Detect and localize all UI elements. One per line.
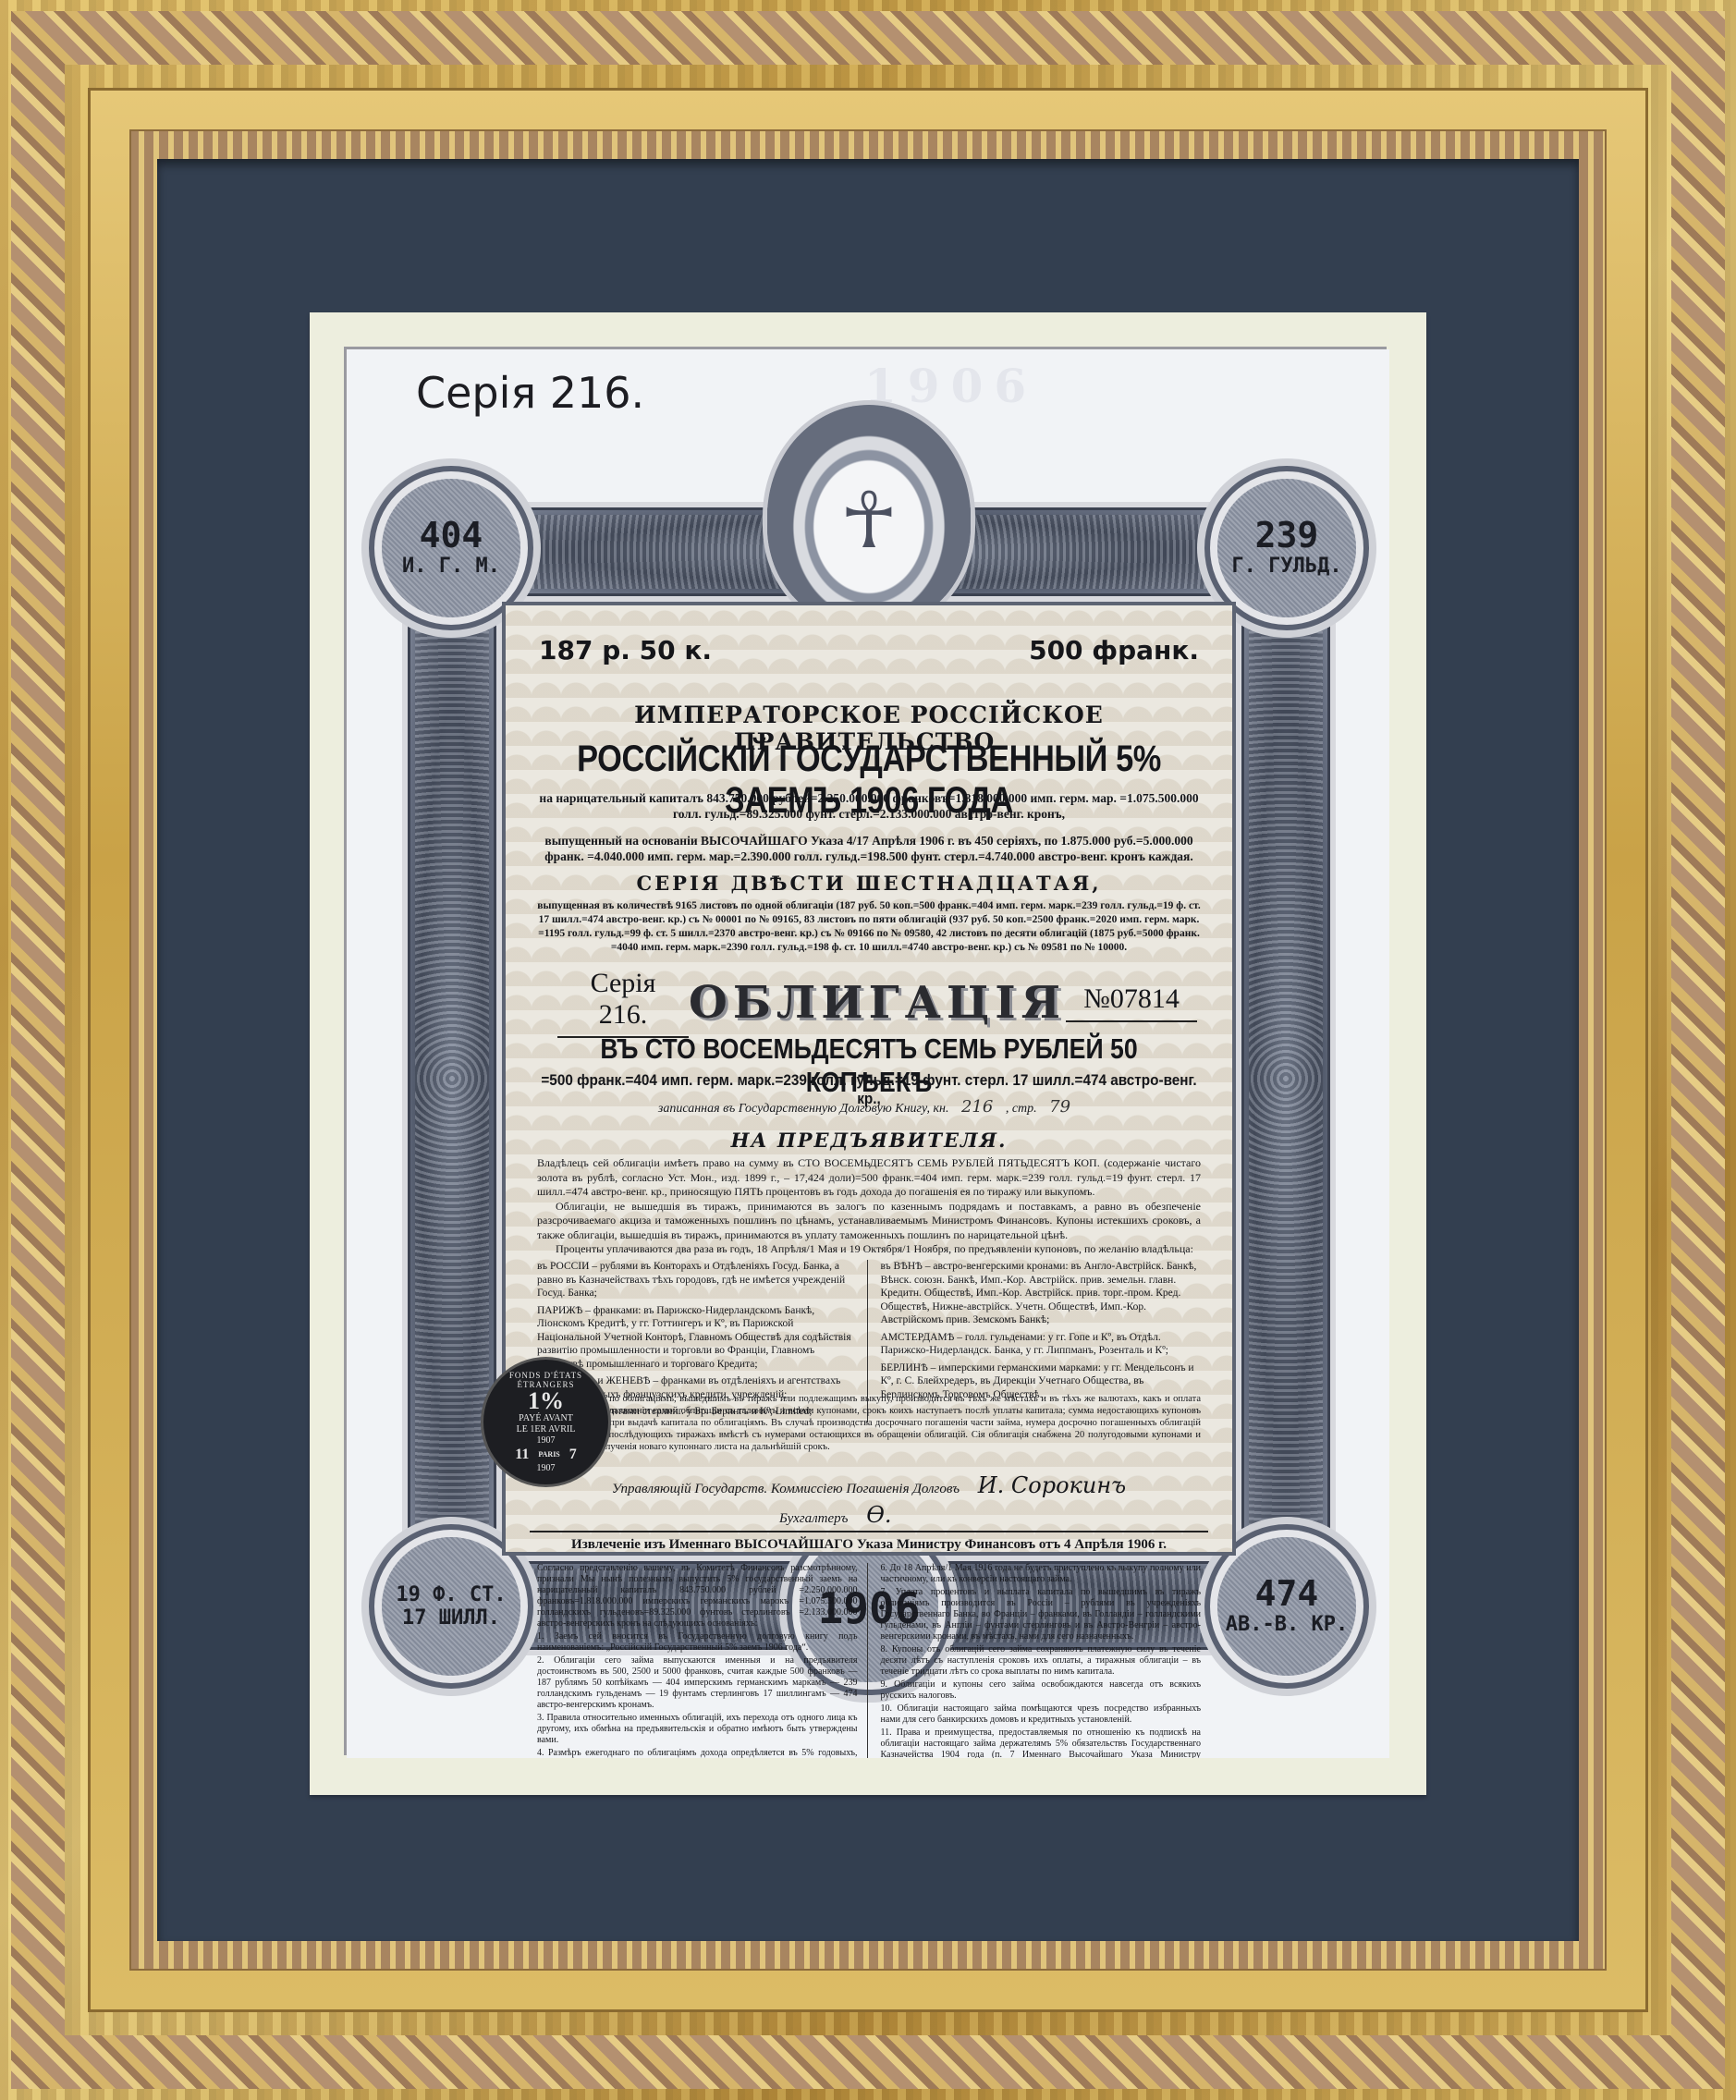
series-words: СЕРІЯ ДВѢСТИ ШЕСТНАДЦАТАЯ, — [502, 872, 1236, 895]
certificate-text-field: 187 р. 50 к. 500 франк. ИМПЕРАТОРСКОЕ РО… — [502, 602, 1236, 1556]
issued-text: выпущенный на основаніи ВЫСОЧАЙШАГО Указ… — [502, 833, 1236, 864]
medallion-marks: 404 И. Г. М. — [382, 479, 520, 617]
obligation-heading: ОБЛИГАЦІЯ — [689, 977, 1066, 1029]
accountant-line: Бухгалтеръ Ѳ. — [779, 1502, 892, 1528]
series-label: Серія 216. — [557, 968, 689, 1038]
medallion-guilders: 239 Г. ГУЛЬД. — [1217, 479, 1356, 617]
denomination-rubles: 187 р. 50 к. — [539, 635, 712, 665]
signatory-line: Управляющій Государств. Коммиссіею Погаш… — [502, 1472, 1236, 1498]
decree-right-column: 6. До 18 Апрѣля/1 Мая 1916 года не будет… — [881, 1563, 1202, 1758]
bond-number: №07814 — [1066, 983, 1197, 1022]
divider — [530, 1531, 1208, 1532]
ledger-page-handwritten: 79 — [1040, 1097, 1080, 1117]
ornamental-border-right — [1236, 502, 1336, 1655]
double-headed-eagle-icon: ☥ — [840, 482, 899, 559]
ledger-entry: записанная въ Государственную Долговую К… — [502, 1097, 1236, 1117]
obligation-row: Серія 216. ОБЛИГАЦІЯ №07814 — [557, 968, 1180, 1038]
decree-extract-title: Извлеченіе изъ Именнаго ВЫСОЧАЙШАГО Указ… — [502, 1537, 1236, 1553]
ledger-book-handwritten: 216 — [952, 1097, 1002, 1117]
show-through-text: 1906 — [864, 359, 1037, 413]
corner-series-label: Серія 216. — [416, 368, 644, 418]
bond-certificate: 1906 Серія 216. ☥ 404 И. Г. М. 239 Г. ГУ… — [347, 349, 1389, 1758]
capital-text: на нарицательный капиталъ 843.750.000 ру… — [502, 790, 1236, 822]
series-detail: выпущенная въ количествѣ 9165 листовъ по… — [502, 899, 1236, 955]
redemption-paragraph: Уплата капитала по облигаціямъ, вышедшим… — [537, 1393, 1201, 1453]
decree-left-column: Согласно представленію вашему, въ Комите… — [537, 1563, 868, 1758]
ornamental-border-left — [402, 502, 502, 1655]
accountant-signature: Ѳ. — [866, 1502, 891, 1528]
denomination-francs: 500 франк. — [1029, 635, 1199, 665]
signature: И. Сорокинъ — [978, 1472, 1126, 1498]
imperial-crest: ☥ — [767, 405, 971, 627]
bearer-heading: НА ПРЕДЪЯВИТЕЛЯ. — [502, 1129, 1236, 1152]
decree-text: Согласно представленію вашему, въ Комите… — [537, 1563, 1201, 1758]
terms-paragraphs: Владѣлецъ сей облигаціи имѣетъ право на … — [537, 1156, 1201, 1257]
denomination-row: 187 р. 50 к. 500 франк. — [539, 635, 1199, 665]
paris-tax-stamp: FONDS D'ÉTATS ÉTRANGERS 1% PAYÉ AVANT LE… — [483, 1360, 608, 1484]
medallion-crowns: 474 АВ.-В. КР. — [1217, 1537, 1356, 1676]
medallion-pounds: 19 Ф. СТ. 17 ШИЛЛ. — [382, 1537, 520, 1676]
